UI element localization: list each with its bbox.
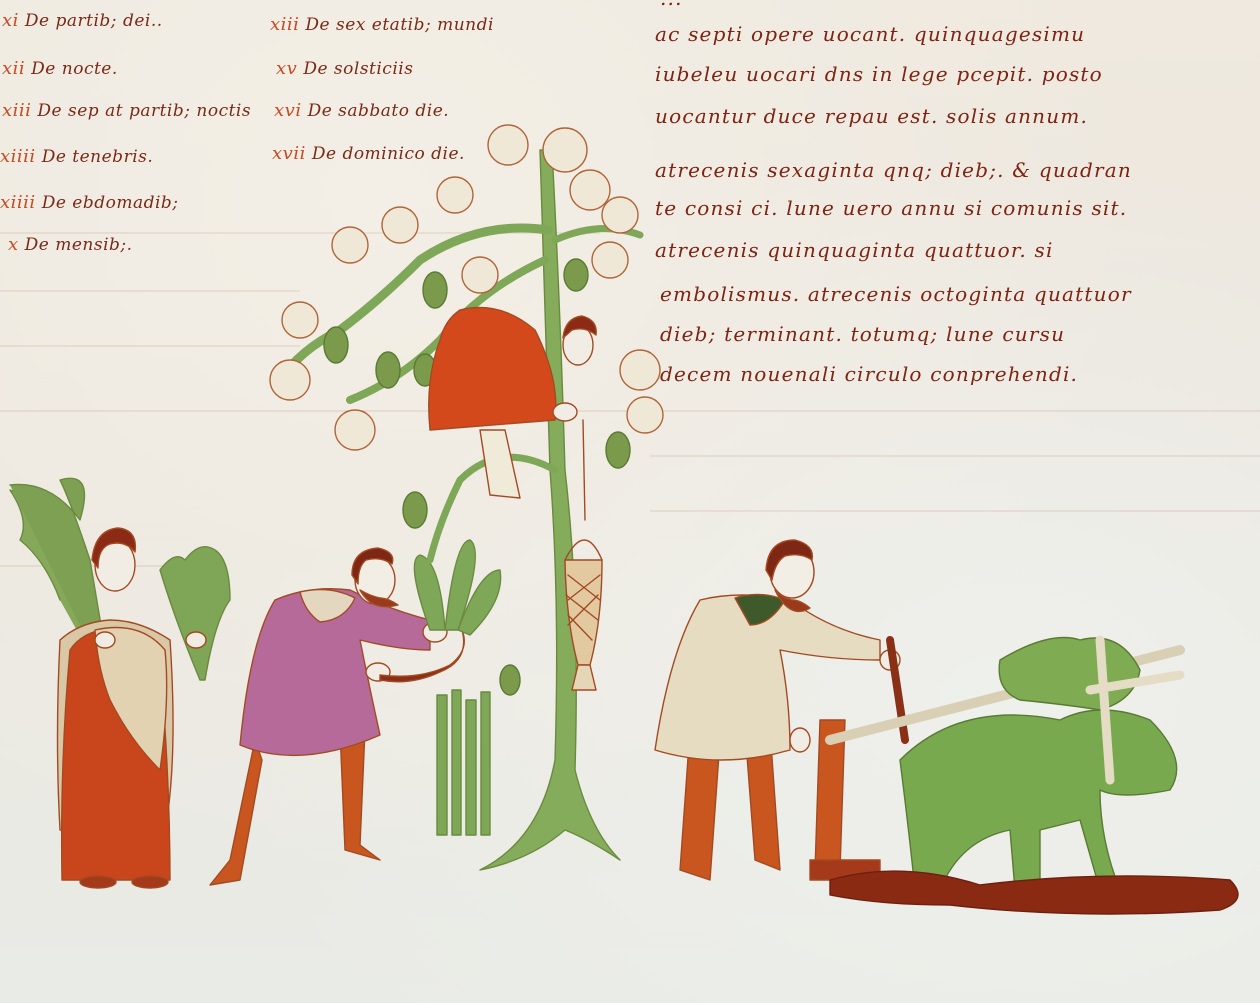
manuscript-page: xiDe partib; dei.. xiiDe nocte. xiiiDe s… (0, 0, 1260, 1003)
figure-grape-picker (429, 308, 596, 499)
figure-palm-bearer (10, 478, 230, 888)
figure-ploughman (655, 540, 900, 880)
oxen-team (900, 638, 1180, 891)
figure-reaper (210, 540, 501, 885)
illumination (0, 0, 1260, 1003)
